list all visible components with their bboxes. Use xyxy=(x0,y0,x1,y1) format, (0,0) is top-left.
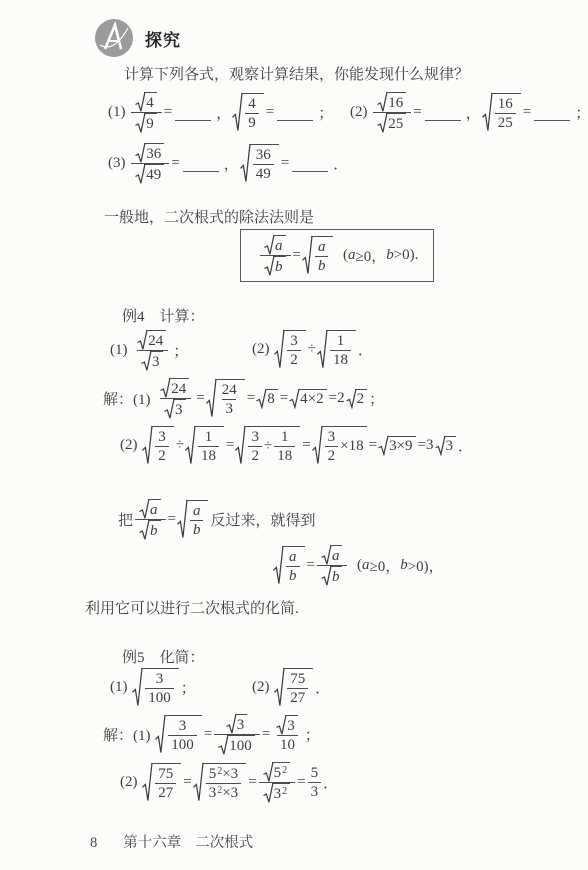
example4-title: 例4 计算： xyxy=(122,305,205,326)
explore-header: 探究 xyxy=(94,18,181,58)
footer-chapter-title: 二次根式 xyxy=(195,831,253,852)
footer-chapter: 第十六章 xyxy=(123,831,181,852)
example5-title: 例5 化简： xyxy=(122,646,205,667)
example5-solution-2: (2) 7527=52×332×3=5232=53． xyxy=(120,762,338,803)
page-number: 8 xyxy=(90,835,97,852)
inverse-usage-text: 利用它可以进行二次根式的化简. xyxy=(85,597,299,618)
division-rule-box: ab=ab (a≥0，b>0). xyxy=(240,229,434,282)
explore-item-1: (1) 49=，49=； xyxy=(108,92,333,133)
example5-solution-1: 解：(1) 3100=3100=310； xyxy=(103,714,320,755)
example4-solution-2: (2) 32÷118=32÷118=32×18=3×9=33． xyxy=(120,426,473,465)
example5-problem-1: (1) 3100； xyxy=(110,668,196,707)
explore-label: 探究 xyxy=(145,26,181,51)
example5-problem-2: (2) 7527． xyxy=(252,668,330,707)
example4-problem-2: (2) 32÷118． xyxy=(252,330,373,369)
explore-item-2: (2) 1625=，1625=； xyxy=(350,92,588,133)
example4-problem-1: (1) 243； xyxy=(110,330,188,371)
example4-solution-1: 解：(1) 243=243=8=4×2=22； xyxy=(103,378,384,419)
page-footer: 8 第十六章 二次根式 xyxy=(90,831,253,852)
explore-item-3: (3) 3649=，3649=． xyxy=(108,143,348,184)
textbook-page: 探究 计算下列各式，观察计算结果，你能发现什么规律？ (1) 49=，49=； … xyxy=(0,0,588,870)
inverse-lead-text: 把ab=ab反过来，就得到 xyxy=(118,499,316,540)
division-rule-formula: ab=ab (a≥0，b>0). xyxy=(258,235,418,276)
explore-compass-icon xyxy=(94,18,134,58)
rule-intro-text: 一般地，二次根式的除法法则是 xyxy=(104,206,314,227)
inverse-formula: ab=ab (a≥0，b>0)， xyxy=(272,545,444,586)
explore-intro-text: 计算下列各式，观察计算结果，你能发现什么规律？ xyxy=(124,63,469,84)
